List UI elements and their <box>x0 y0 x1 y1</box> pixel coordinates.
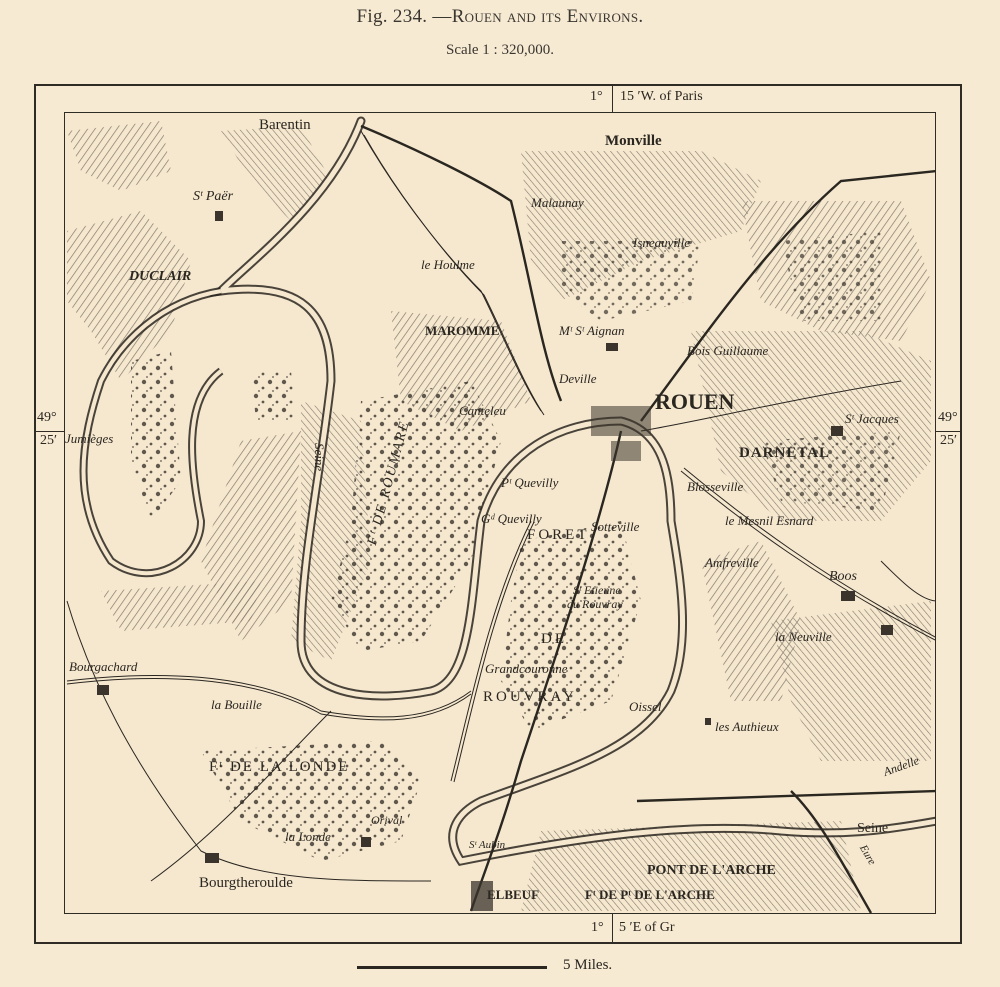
bottom-longitude-minutes: 5 ′E of Gr <box>619 920 675 936</box>
label-le-houlme: le Houlme <box>421 257 475 273</box>
label-la-londe: la Londe <box>285 829 331 845</box>
label-du-rouvray: du Rouvray <box>567 597 623 612</box>
top-longitude-degree: 1° <box>590 89 603 105</box>
label-bourgachard: Bourgachard <box>69 659 137 675</box>
label-bois-guillaume: Bois Guillaume <box>687 343 768 359</box>
label-st-etienne: Sᵗ Etienne <box>573 583 621 598</box>
label-jumieges: Jumièges <box>65 431 113 447</box>
left-latitude-minutes: 25′ <box>40 433 57 449</box>
label-st-aubin: Sᵗ Aubin <box>469 839 505 851</box>
label-mt-st-aignan: Mᵗ Sᵗ Aignan <box>559 323 625 339</box>
label-sotteville: Sotteville <box>591 519 639 535</box>
map-scale-ratio: Scale 1 : 320,000. <box>0 42 1000 59</box>
label-amfreville: Amfreville <box>705 555 759 571</box>
label-monville: Monville <box>605 133 662 150</box>
label-deville: Deville <box>559 371 597 387</box>
label-rouen: ROUEN <box>655 389 734 415</box>
label-les-authieux: les Authieux <box>715 719 779 735</box>
label-pt-quevilly: Pᵗ Quevilly <box>501 475 558 491</box>
label-oissel: Oissel <box>629 699 662 715</box>
label-bourgtheroulde: Bourgtheroulde <box>199 875 293 892</box>
scale-bar <box>357 966 547 969</box>
label-malaunay: Malaunay <box>531 195 584 211</box>
left-parallel-tick <box>34 431 64 432</box>
label-orival: Orival <box>371 813 402 828</box>
label-duclair: DUCLAIR <box>129 269 191 285</box>
label-grandcouronne: Grandcouronne <box>485 661 568 677</box>
label-st-paer: Sᵗ Paër <box>193 189 233 205</box>
label-forest-la-londe: Fᵗ DE LA LONDE <box>209 759 349 776</box>
label-st-jacques: Sᵗ Jacques <box>845 411 899 427</box>
label-le-mesnil-esnard: le Mesnil Esnard <box>725 513 813 529</box>
top-longitude-minutes: 15 ′W. of Paris <box>620 89 703 105</box>
top-meridian-tick <box>612 86 613 112</box>
label-forest-rouvray: ROUVRAY <box>483 689 577 706</box>
label-forest-de: DE <box>541 631 567 648</box>
scale-bar-label: 5 Miles. <box>563 957 612 974</box>
label-seine-west: Seine <box>311 443 327 471</box>
label-maromme: MAROMME <box>425 323 499 339</box>
figure-number: Fig. 234. <box>357 6 428 27</box>
label-forest-foret: FORET <box>527 527 590 544</box>
right-latitude-minutes: 25′ <box>940 433 957 449</box>
right-latitude-degree: 49° <box>938 410 958 426</box>
label-barentin: Barentin <box>259 117 311 134</box>
label-elbeuf: ELBEUF <box>487 887 539 903</box>
right-parallel-tick <box>936 431 962 432</box>
bottom-longitude-degree: 1° <box>591 920 604 936</box>
label-darnetal: DARNETAL <box>739 445 830 462</box>
label-la-bouille: la Bouille <box>211 697 262 713</box>
label-isneauville: Isneauville <box>633 235 690 251</box>
map-title: Fig. 234. —Rouen and its Environs. <box>0 6 1000 28</box>
map-area: Barentin Monville Sᵗ Paër DUCLAIR Malaun… <box>64 112 936 914</box>
label-la-neuville: la Neuville <box>775 629 832 645</box>
label-gd-quevilly: Gᵈ Quevilly <box>481 511 542 527</box>
bottom-meridian-tick <box>612 914 613 944</box>
label-fort-pont-de-larche: Fᵗ DE Pᵗ DE L'ARCHE <box>585 887 715 903</box>
label-boos: Boos <box>829 569 857 585</box>
label-seine-east: Seine <box>857 821 888 837</box>
label-pont-de-larche: PONT DE L'ARCHE <box>647 863 776 879</box>
label-blosseville: Blosseville <box>687 479 743 495</box>
left-latitude-degree: 49° <box>37 410 57 426</box>
figure-title: —Rouen and its Environs. <box>432 6 643 27</box>
label-canteleu: Canteleu <box>459 403 506 419</box>
